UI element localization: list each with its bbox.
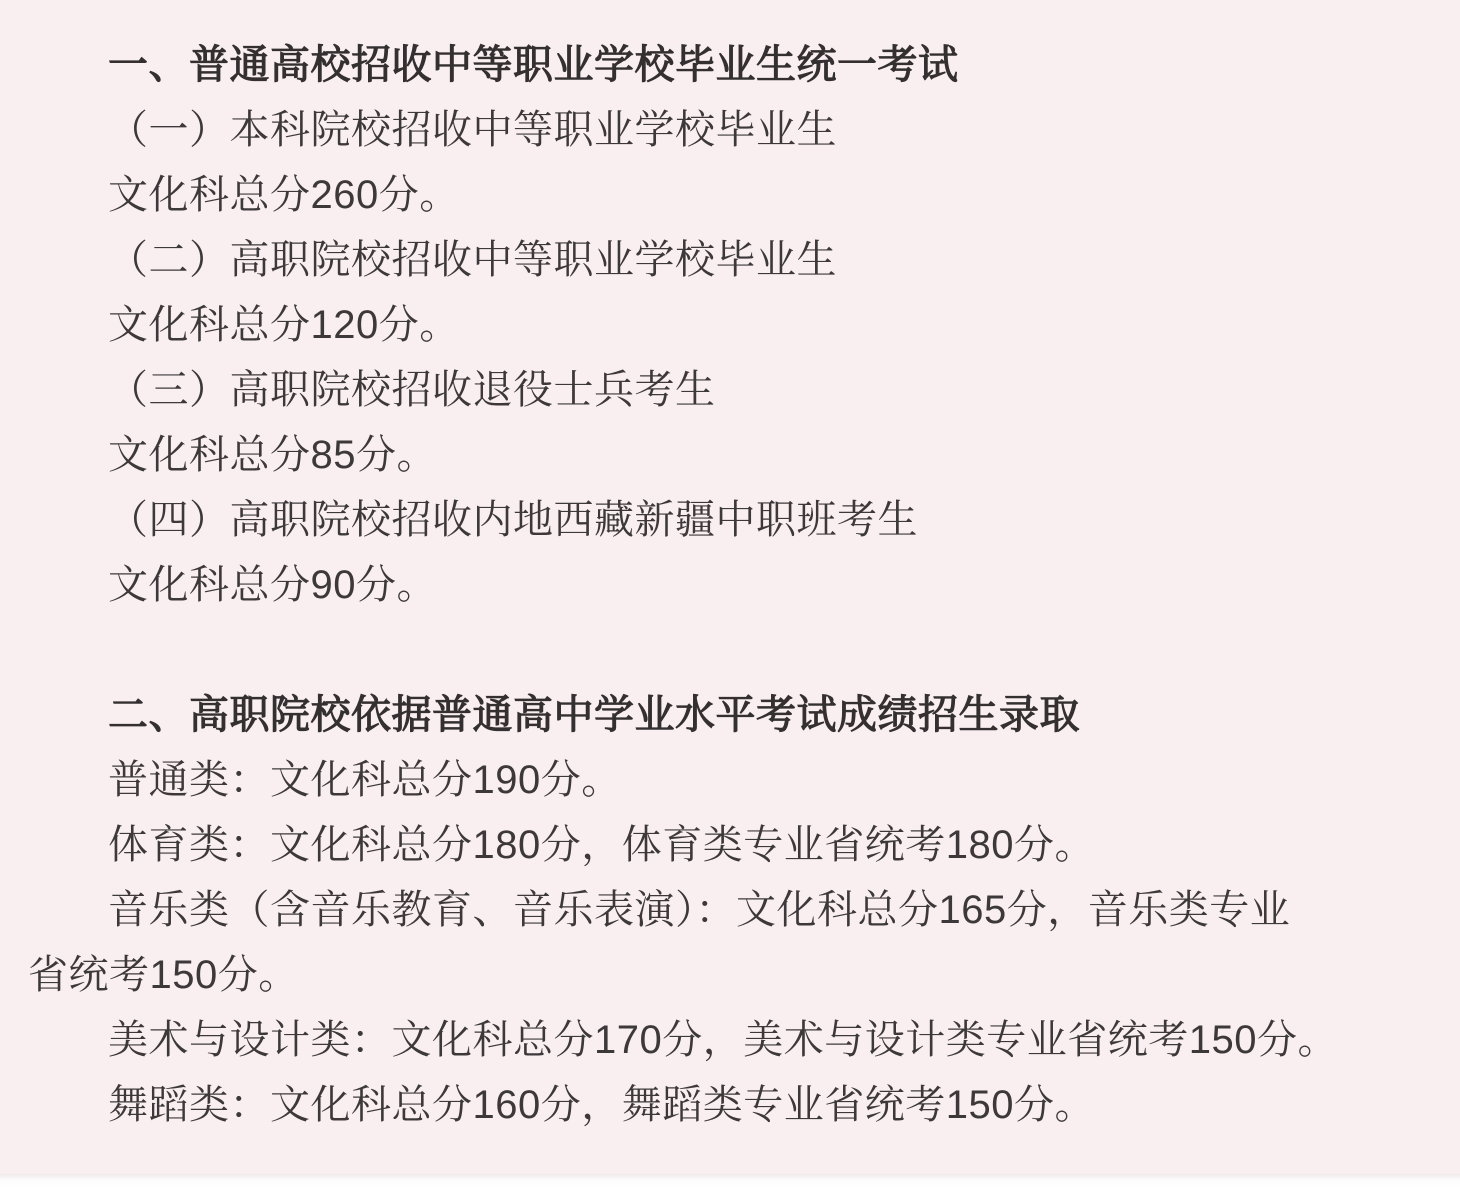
text-line: 美术与设计类：文化科总分170分，美术与设计类专业省统考150分。 — [28, 1008, 1432, 1073]
section-heading: 一、普通高校招收中等职业学校毕业生统一考试 — [28, 33, 1432, 98]
text-line: 文化科总分120分。 — [28, 293, 1432, 358]
text-line: 文化科总分90分。 — [28, 553, 1432, 618]
text-line: 文化科总分85分。 — [28, 423, 1432, 488]
page-bottom-strip — [0, 1174, 1460, 1188]
text-line: 文化科总分260分。 — [28, 163, 1432, 228]
section-vocational-exam: 一、普通高校招收中等职业学校毕业生统一考试 （一）本科院校招收中等职业学校毕业生… — [28, 33, 1432, 618]
text-line: 普通类：文化科总分190分。 — [28, 748, 1432, 813]
text-line: （一）本科院校招收中等职业学校毕业生 — [28, 98, 1432, 163]
text-line: （三）高职院校招收退役士兵考生 — [28, 358, 1432, 423]
section-gap — [28, 618, 1432, 683]
text-line: （四）高职院校招收内地西藏新疆中职班考生 — [28, 488, 1432, 553]
text-line: 舞蹈类：文化科总分160分，舞蹈类专业省统考150分。 — [28, 1073, 1432, 1138]
document: 一、普通高校招收中等职业学校毕业生统一考试 （一）本科院校招收中等职业学校毕业生… — [0, 0, 1460, 1138]
text-line: （二）高职院校招收中等职业学校毕业生 — [28, 228, 1432, 293]
section-academic-proficiency: 二、高职院校依据普通高中学业水平考试成绩招生录取 普通类：文化科总分190分。 … — [28, 683, 1432, 1138]
text-line: 音乐类（含音乐教育、音乐表演）：文化科总分165分，音乐类专业 — [28, 878, 1432, 943]
text-line: 体育类：文化科总分180分，体育类专业省统考180分。 — [28, 813, 1432, 878]
section-heading: 二、高职院校依据普通高中学业水平考试成绩招生录取 — [28, 683, 1432, 748]
text-line-continuation: 省统考150分。 — [28, 943, 1432, 1008]
